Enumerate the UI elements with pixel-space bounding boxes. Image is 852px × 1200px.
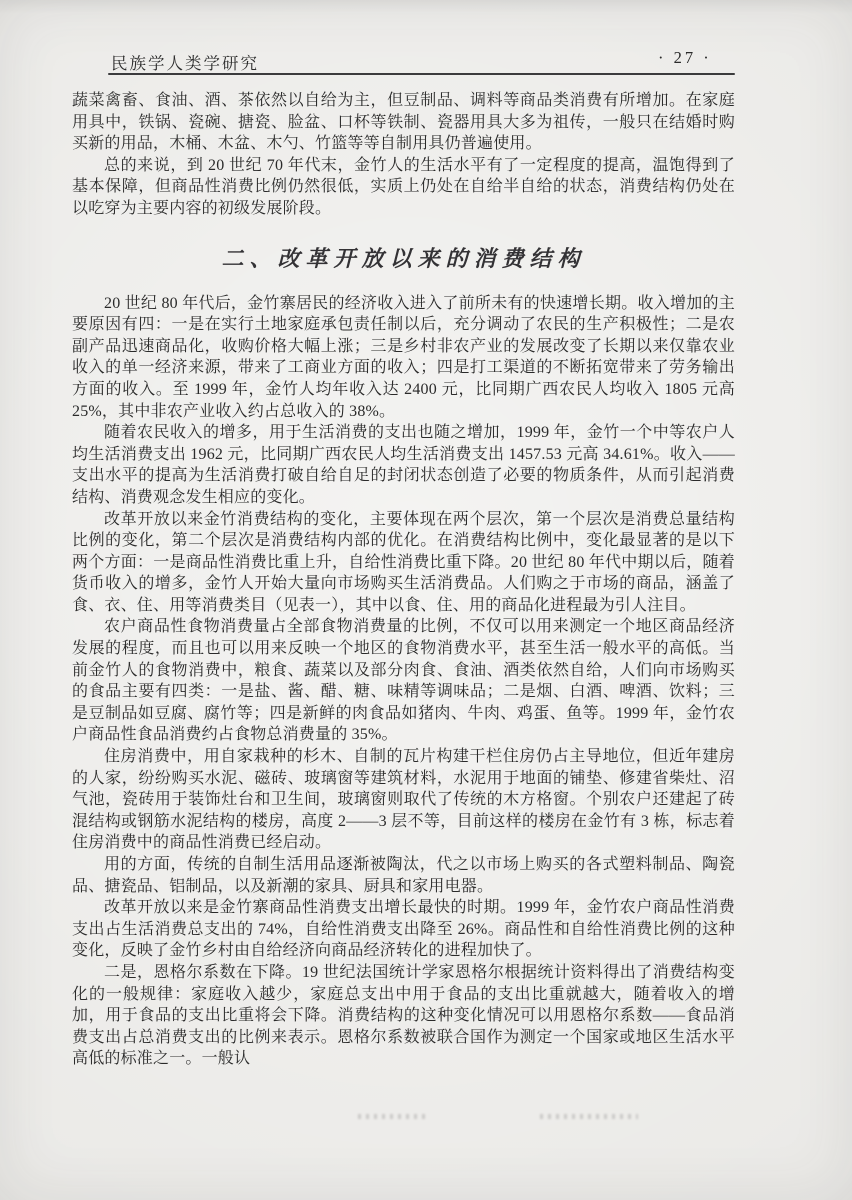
paragraph: 改革开放以来是金竹寨商品性消费支出增长最快的时期。1999 年，金竹农户商品性消… xyxy=(72,897,735,962)
header-rule xyxy=(108,73,735,75)
section-heading: 二、改革开放以来的消费结构 xyxy=(72,242,735,273)
paragraph: 总的来说，到 20 世纪 70 年代末，金竹人的生活水平有了一定程度的提高，温饱… xyxy=(72,155,735,220)
paragraph: 20 世纪 80 年代后，金竹寨居民的经济收入进入了前所未有的快速增长期。收入增… xyxy=(72,293,735,423)
paragraph: 农户商品性食物消费量占全部食物消费量的比例，不仅可以用来测定一个地区商品经济发展… xyxy=(72,616,735,746)
paragraph: 蔬菜禽畜、食油、酒、茶依然以自给为主，但豆制品、调料等商品类消费有所增加。在家庭… xyxy=(72,90,735,155)
bleedthrough-smudge xyxy=(540,1114,638,1119)
scanned-document-page: 民族学人类学研究 · 27 · 蔬菜禽畜、食油、酒、茶依然以自给为主，但豆制品、… xyxy=(0,0,852,1200)
paragraph: 用的方面，传统的自制生活用品逐渐被陶汰，代之以市场上购买的各式塑料制品、陶瓷品、… xyxy=(72,854,735,897)
bleedthrough-smudge xyxy=(358,1114,426,1119)
article-body: 蔬菜禽畜、食油、酒、茶依然以自给为主，但豆制品、调料等商品类消费有所增加。在家庭… xyxy=(72,90,735,1070)
paragraph: 随着农民收入的增多，用于生活消费的支出也随之增加，1999 年，金竹一个中等农户… xyxy=(72,422,735,508)
page-number: · 27 · xyxy=(658,48,712,68)
paragraph: 二是，恩格尔系数在下降。19 世纪法国统计学家恩格尔根据统计资料得出了消费结构变… xyxy=(72,962,735,1070)
journal-title: 民族学人类学研究 xyxy=(111,50,259,74)
paragraph: 改革开放以来金竹消费结构的变化，主要体现在两个层次，第一个层次是消费总量结构比例… xyxy=(72,509,735,617)
paragraph: 住房消费中，用自家栽种的杉木、自制的瓦片构建干栏住房仍占主导地位，但近年建房的人… xyxy=(72,746,735,854)
